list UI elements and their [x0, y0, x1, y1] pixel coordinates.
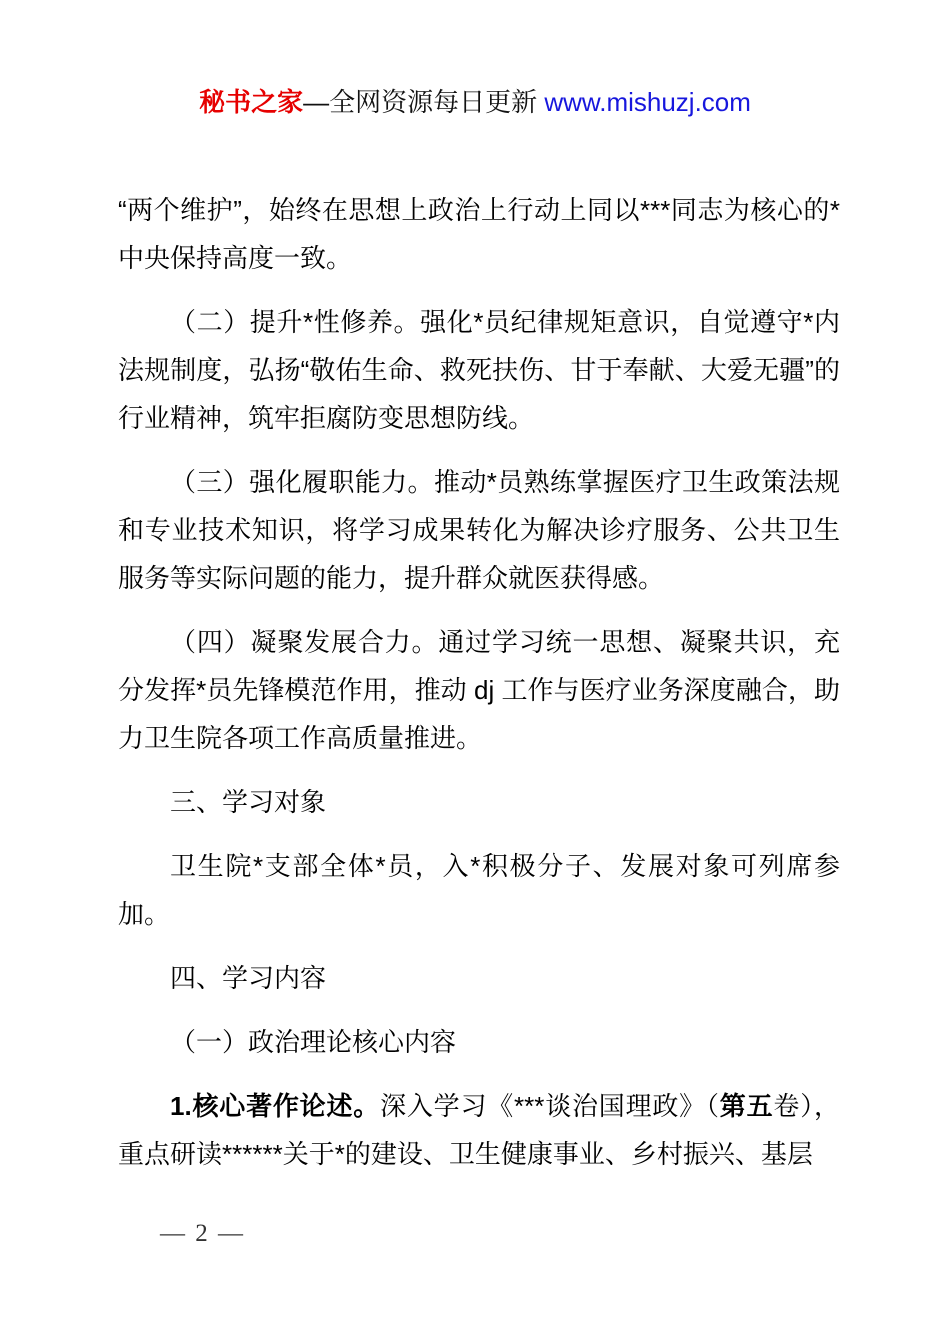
- paragraph: “两个维护”，始终在思想上政治上行动上同以***同志为核心的*中央保持高度一致。: [118, 186, 840, 282]
- text-run: （二）提升*性修养。强化*员纪律规矩意识，自觉遵守*内法规制度，弘扬“敬佑生命、…: [118, 307, 840, 433]
- paragraph: 四、学习内容: [118, 954, 840, 1002]
- text-run: 三、学习对象: [170, 787, 326, 817]
- text-run: （三）强化履职能力。推动*员熟练掌握医疗卫生政策法规和专业技术知识，将学习成果转…: [118, 467, 840, 593]
- text-run: （四）凝聚发展合力。通过学习统一思想、凝聚共识，充分发挥*员先锋模范作用，推动 …: [118, 627, 840, 753]
- paragraph: （二）提升*性修养。强化*员纪律规矩意识，自觉遵守*内法规制度，弘扬“敬佑生命、…: [118, 298, 840, 442]
- site-tagline: —全网资源每日更新: [303, 87, 544, 117]
- paragraph: 1.核心著作论述。深入学习《***谈治国理政》（第五卷），重点研读******关…: [118, 1082, 840, 1178]
- text-run: 四、学习内容: [170, 963, 326, 993]
- page-number: — 2 —: [160, 1220, 245, 1248]
- site-name: 秘书之家: [199, 87, 303, 117]
- paragraph: （一）政治理论核心内容: [118, 1018, 840, 1066]
- text-run: 卫生院*支部全体*员，入*积极分子、发展对象可列席参加。: [118, 851, 840, 929]
- text-run: “两个维护”，始终在思想上政治上行动上同以***同志为核心的*中央保持高度一致。: [118, 195, 840, 273]
- text-run: （一）政治理论核心内容: [170, 1027, 456, 1057]
- paragraph: （四）凝聚发展合力。通过学习统一思想、凝聚共识，充分发挥*员先锋模范作用，推动 …: [118, 618, 840, 762]
- text-run: 1.核心著作论述。: [170, 1091, 380, 1121]
- watermark-header: 秘书之家—全网资源每日更新 www.mishuzj.com: [0, 86, 950, 118]
- text-run: 深入学习《***谈治国理政》（: [380, 1091, 720, 1121]
- paragraph: 卫生院*支部全体*员，入*积极分子、发展对象可列席参加。: [118, 842, 840, 938]
- document-page: 秘书之家—全网资源每日更新 www.mishuzj.com “两个维护”，始终在…: [0, 0, 950, 1344]
- document-body: “两个维护”，始终在思想上政治上行动上同以***同志为核心的*中央保持高度一致。…: [118, 186, 840, 1194]
- paragraph: 三、学习对象: [118, 778, 840, 826]
- site-url: www.mishuzj.com: [544, 87, 751, 117]
- paragraph: （三）强化履职能力。推动*员熟练掌握医疗卫生政策法规和专业技术知识，将学习成果转…: [118, 458, 840, 602]
- text-run: 第五: [720, 1091, 774, 1121]
